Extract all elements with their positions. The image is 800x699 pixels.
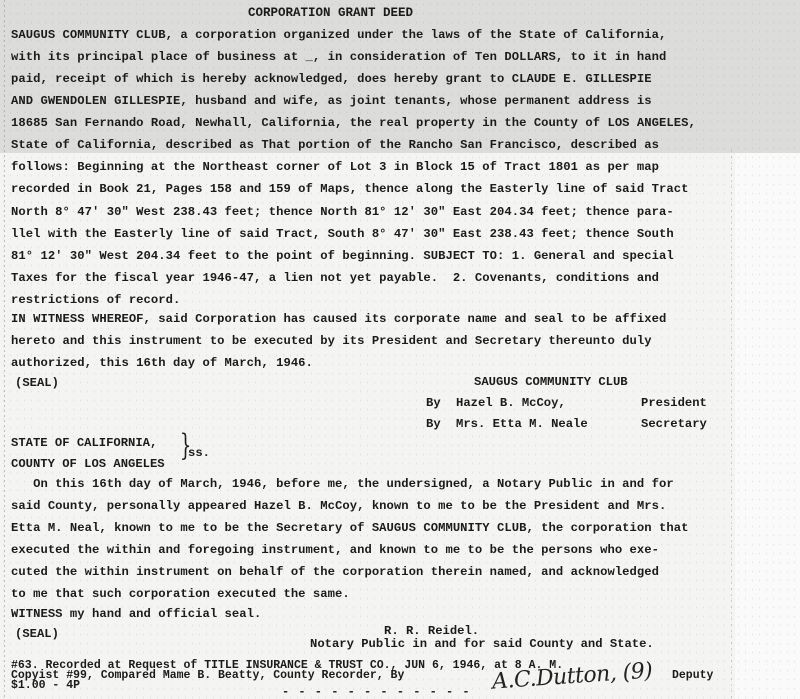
end-rule: - - - - - - - - - - - - xyxy=(282,685,471,699)
signature-by: By xyxy=(426,417,441,431)
signature-title-president: President xyxy=(641,396,707,410)
body-line: AND GWENDOLEN GILLESPIE, husband and wif… xyxy=(11,94,652,108)
notary-line: to me that such corporation executed the… xyxy=(11,587,350,601)
body-line: Taxes for the fiscal year 1946-47, a lie… xyxy=(11,271,659,285)
notary-title: Notary Public in and for said County and… xyxy=(310,637,654,651)
signature-corporation: SAUGUS COMMUNITY CLUB xyxy=(474,375,628,389)
deputy-label: Deputy xyxy=(672,670,713,681)
document-title: CORPORATION GRANT DEED xyxy=(248,6,413,20)
notary-line: executed the within and foregoing instru… xyxy=(11,543,659,557)
body-line: State of California, described as That p… xyxy=(11,138,659,152)
notary-line: cuted the within instrument on behalf of… xyxy=(11,565,659,579)
body-line: 18685 San Fernando Road, Newhall, Califo… xyxy=(11,116,696,130)
signature-name-secretary: Mrs. Etta M. Neale xyxy=(456,417,588,431)
signature-by: By xyxy=(426,396,441,410)
body-line: North 8° 47' 30" West 238.43 feet; thenc… xyxy=(11,205,674,219)
body-line: authorized, this 16th day of March, 1946… xyxy=(11,356,313,370)
body-line: follows: Beginning at the Northeast corn… xyxy=(11,160,659,174)
body-line: with its principal place of business at … xyxy=(11,50,666,64)
signature-title-secretary: Secretary xyxy=(641,417,707,431)
notary-seal-label: (SEAL) xyxy=(15,627,59,641)
notary-line: On this 16th day of March, 1946, before … xyxy=(11,477,674,491)
recording-fee: $1.00 - 4P xyxy=(11,680,80,691)
body-line: hereto and this instrument to be execute… xyxy=(11,334,652,348)
notary-name: R. R. Reidel. xyxy=(384,624,479,638)
body-line: 81° 12' 30" West 204.34 feet to the poin… xyxy=(11,249,674,263)
body-line: restrictions of record. xyxy=(11,293,180,307)
right-margin-rule xyxy=(731,150,732,699)
signature-name-president: Hazel B. McCoy, xyxy=(456,396,566,410)
venue-state: STATE OF CALIFORNIA, xyxy=(11,436,157,450)
venue-ss: ss. xyxy=(188,446,210,460)
body-line: recorded in Book 21, Pages 158 and 159 o… xyxy=(11,182,688,196)
body-line: SAUGUS COMMUNITY CLUB, a corporation org… xyxy=(11,28,666,42)
corporate-seal-label: (SEAL) xyxy=(15,376,59,390)
left-margin-rule xyxy=(4,0,5,699)
notary-line: WITNESS my hand and official seal. xyxy=(11,607,261,621)
body-line: llel with the Easterly line of said Trac… xyxy=(11,227,674,241)
venue-county: COUNTY OF LOS ANGELES xyxy=(11,457,165,471)
notary-line: said County, personally appeared Hazel B… xyxy=(11,499,666,513)
body-line: IN WITNESS WHEREOF, said Corporation has… xyxy=(11,312,666,326)
deed-page: CORPORATION GRANT DEED SAUGUS COMMUNITY … xyxy=(0,0,800,699)
notary-line: Etta M. Neal, known to me to be the Secr… xyxy=(11,521,688,535)
body-line: paid, receipt of which is hereby acknowl… xyxy=(11,72,652,86)
scan-margin-right xyxy=(735,153,800,699)
